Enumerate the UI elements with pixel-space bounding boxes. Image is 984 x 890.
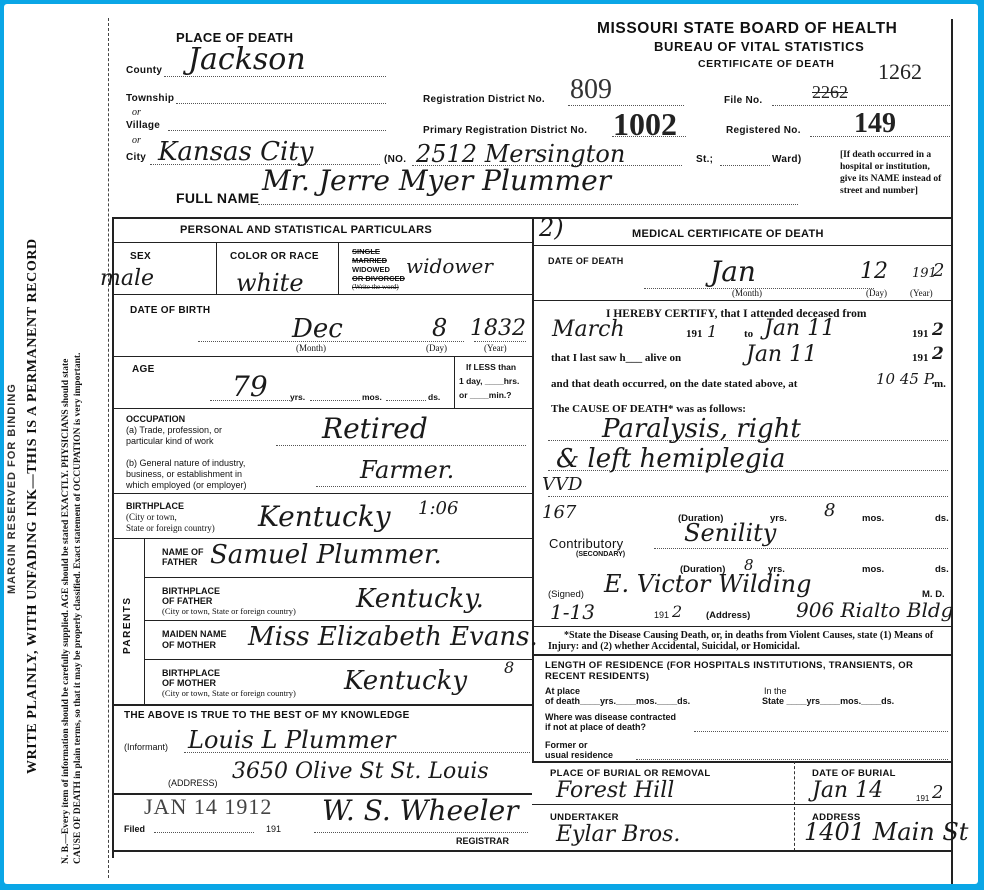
death-time-value: 10 45 P. bbox=[876, 370, 936, 388]
cause-line-1: Paralysis, right bbox=[602, 414, 801, 444]
registered-no-value: 149 bbox=[854, 108, 896, 140]
true-statement: THE ABOVE IS TRUE TO THE BEST OF MY KNOW… bbox=[124, 710, 410, 721]
sex-value: male bbox=[100, 266, 154, 291]
dob-day: 8 bbox=[432, 314, 447, 342]
medical-section-title: MEDICAL CERTIFICATE OF DEATH bbox=[632, 228, 824, 240]
informant-value: Louis L Plummer bbox=[188, 726, 396, 754]
contributory-label: Contributory bbox=[549, 536, 623, 551]
registrar-label: REGISTRAR bbox=[456, 836, 509, 846]
mother-maiden-name-value: Miss Elizabeth Evans. bbox=[248, 622, 538, 652]
undertaker-value: Eylar Bros. bbox=[556, 822, 680, 847]
dod-month: Jan bbox=[710, 255, 756, 288]
binding-margin-note: MARGIN RESERVED FOR BINDING bbox=[6, 383, 18, 594]
dob-month: Dec bbox=[292, 314, 343, 344]
informant-label: (Informant) bbox=[124, 742, 168, 752]
physician-address: 906 Rialto Bldg bbox=[796, 598, 953, 622]
form-right-border bbox=[951, 19, 953, 884]
informant-address-value: 3650 Olive St St. Louis bbox=[232, 759, 489, 784]
undertaker-address-value: 1401 Main St bbox=[804, 818, 968, 846]
village-label: Village bbox=[126, 120, 160, 131]
dod-year-suffix: 2 bbox=[933, 260, 944, 281]
registrar-signature: W. S. Wheeler bbox=[322, 794, 519, 827]
former-residence-field: usual residence bbox=[545, 750, 613, 760]
nb-note-line2: CAUSE OF DEATH in plain terms, so that i… bbox=[73, 353, 83, 864]
cause-line-2: & left hemiplegia bbox=[556, 444, 785, 474]
primary-district-value: 1002 bbox=[613, 106, 677, 143]
last-saw-alive-value: Jan 11 bbox=[746, 342, 817, 367]
birthplace-code: 1:06 bbox=[418, 498, 458, 519]
city-value: Kansas City bbox=[158, 137, 313, 167]
parents-label: PARENTS bbox=[122, 596, 133, 654]
form-left-border bbox=[108, 18, 109, 878]
color-race-label: COLOR OR RACE bbox=[230, 251, 319, 262]
date-of-birth-label: DATE OF BIRTH bbox=[130, 305, 210, 316]
residence-heading: LENGTH OF RESIDENCE (FOR HOSPITALS INSTI… bbox=[545, 660, 949, 682]
dod-day: 12 bbox=[860, 259, 888, 284]
occupation-trade-value: Retired bbox=[322, 412, 428, 445]
hospital-instruction: [If death occurred in a hospital or inst… bbox=[840, 149, 948, 197]
cause-code-1: VVD bbox=[542, 474, 582, 495]
birthplace-value: Kentucky bbox=[258, 500, 391, 533]
st-label: St.; bbox=[696, 154, 713, 165]
physician-signature: E. Victor Wilding bbox=[604, 570, 811, 598]
file-no-struck-value: 2262 bbox=[812, 82, 848, 103]
certificate-form-name: CERTIFICATE OF DEATH bbox=[698, 58, 834, 70]
signed-label: (Signed) bbox=[548, 589, 584, 600]
birthplace-label: BIRTHPLACE bbox=[126, 501, 184, 511]
county-value: Jackson bbox=[188, 42, 306, 77]
bureau-subtitle: BUREAU OF VITAL STATISTICS bbox=[654, 39, 864, 54]
date-of-death-label: DATE OF DEATH bbox=[548, 256, 624, 266]
disease-contracted-field: if not at place of death? bbox=[545, 722, 646, 732]
age-label: AGE bbox=[132, 364, 155, 375]
father-name-value: Samuel Plummer. bbox=[210, 540, 442, 570]
cause-footnote: *State the Disease Causing Death, or, in… bbox=[548, 630, 948, 652]
attended-to: Jan 11 bbox=[764, 316, 835, 341]
full-name-label: FULL NAME bbox=[176, 190, 259, 206]
occupation-industry-value: Farmer. bbox=[360, 456, 454, 484]
filed-date-stamp: JAN 14 1912 bbox=[144, 794, 272, 820]
file-no-label: File No. bbox=[724, 95, 763, 106]
attended-from: March bbox=[552, 317, 625, 342]
mother-birthplace-value: Kentucky bbox=[344, 666, 467, 696]
duration-months-value: 8 bbox=[824, 500, 835, 521]
city-label: City bbox=[126, 152, 146, 163]
death-certificate: MARGIN RESERVED FOR BINDING WRITE PLAINL… bbox=[4, 4, 978, 884]
registration-district-value: 809 bbox=[570, 74, 612, 106]
filed-label: Filed bbox=[124, 824, 145, 834]
certificate-number: 1262 bbox=[878, 59, 922, 85]
write-plainly-note: WRITE PLAINLY, WITH UNFADING INK—THIS IS… bbox=[25, 238, 41, 774]
occupation-label: OCCUPATION bbox=[126, 414, 185, 424]
sex-label: SEX bbox=[130, 251, 151, 262]
township-label: Township bbox=[126, 93, 174, 104]
county-label: County bbox=[126, 65, 162, 76]
burial-place-value: Forest Hill bbox=[556, 778, 674, 803]
age-years-value: 79 bbox=[232, 370, 268, 403]
primary-district-label: Primary Registration District No. bbox=[423, 125, 587, 136]
residence-in-state: State ____yrs____mos.____ds. bbox=[762, 696, 894, 706]
full-name-value: Mr. Jerre Myer Plummer bbox=[262, 164, 611, 197]
section-divider bbox=[532, 217, 534, 761]
nb-note-line1: N. B.—Every item of information should b… bbox=[61, 359, 71, 864]
registration-district-label: Registration District No. bbox=[423, 94, 545, 105]
father-birthplace-value: Kentucky. bbox=[356, 584, 484, 614]
dob-year: 1832 bbox=[470, 316, 526, 341]
marital-status-value: widower bbox=[406, 254, 493, 278]
residence-at-place: of death____yrs.____mos.____ds. bbox=[545, 696, 690, 706]
contributory-value: Senility bbox=[684, 519, 776, 547]
board-title: MISSOURI STATE BOARD OF HEALTH bbox=[597, 20, 897, 38]
signed-date: 1-13 bbox=[550, 600, 595, 624]
registered-no-label: Registered No. bbox=[726, 125, 801, 136]
informant-address-label: (ADDRESS) bbox=[168, 778, 218, 788]
burial-date-value: Jan 14 bbox=[812, 778, 883, 803]
medical-section-number: 2) bbox=[539, 214, 564, 242]
marital-widowed-option: WIDOWED bbox=[352, 265, 390, 274]
cause-code-2: 167 bbox=[542, 502, 576, 523]
personal-section-title: PERSONAL AND STATISTICAL PARTICULARS bbox=[180, 224, 432, 236]
color-race-value: white bbox=[236, 269, 304, 297]
ward-label: Ward) bbox=[772, 154, 801, 165]
